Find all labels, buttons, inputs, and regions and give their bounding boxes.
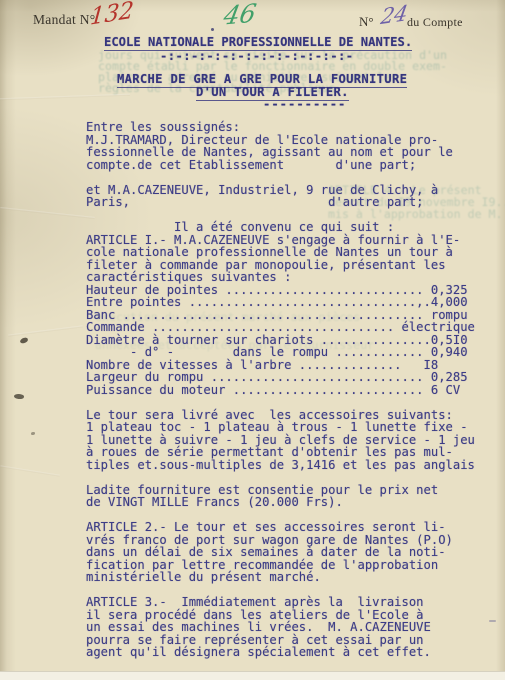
lot-number-handwritten: 46: [221, 0, 258, 31]
document-line: ARTICLE 3.- Immédiatement après la livra…: [86, 596, 486, 609]
ink-speck: [14, 393, 25, 399]
document-line: de VINGT MILLE Francs (20.000 Frs).: [86, 496, 486, 509]
ink-speck: [489, 620, 496, 622]
document-line: Paris, d'autre part;: [86, 196, 486, 209]
document-line: 1 plateau toc - 1 plateau à trous - 1 lu…: [86, 421, 486, 434]
paper-crease: [0, 94, 130, 101]
document-line: compte.de cet Etablissement d'une part;: [86, 159, 486, 172]
document-line: ministérielle du présent marché.: [86, 571, 486, 584]
ink-speck: [19, 337, 28, 344]
document-line: un essai des machines li vrées. M. A.CAZ…: [86, 621, 486, 634]
document-line: [86, 396, 486, 409]
document-line: - d° - dans le rompu ............ 0,940: [86, 346, 486, 359]
document-line: à roues de série permettant d'obtenir le…: [86, 446, 486, 459]
paper-crease: [0, 465, 60, 476]
document-line: caractéristiques suivantes :: [86, 271, 486, 284]
document-line: ARTICLE 2.- Le tour et ses accessoires s…: [86, 521, 486, 534]
paper-crease: [0, 207, 95, 219]
mandat-label: Mandat N°: [33, 12, 95, 28]
compte-label-prefix: N°: [359, 14, 374, 30]
mandat-number-handwritten: 132: [89, 0, 135, 31]
compte-label-suffix: du Compte: [407, 15, 463, 30]
compte-number-handwritten: 24: [379, 1, 410, 30]
document-line: cole nationale professionnelle de Nantes…: [86, 246, 486, 259]
school-title: ECOLE NATIONALE PROFESSIONNELLE DE NANTE…: [104, 35, 412, 49]
bottom-edge: [0, 671, 505, 680]
document-line: Commande ...............................…: [86, 321, 486, 334]
document-line: fessionnelle de Nantes, agissant au nom …: [86, 146, 486, 159]
document-line: agent qu'il désignera spécialement à cet…: [86, 646, 486, 659]
title-separator: -:-:-:-:-:-:-:-:-:-:-:-:-: [160, 49, 353, 63]
document-page: jours qui suivent sa visite sur la préca…: [0, 0, 505, 680]
document-line: tiples et.sous-multiples de 3,1416 et le…: [86, 459, 486, 472]
paper-crease: [8, 325, 83, 336]
document-line: Puissance du moteur ....................…: [86, 384, 486, 397]
contract-title-line1: MARCHE DE GRE A GRE POUR LA FOURNITURE: [117, 72, 407, 86]
ink-speck: [31, 432, 35, 435]
document-line: Entre les soussignés:: [86, 121, 486, 134]
document-line: Largeur du rompu .......................…: [86, 371, 486, 384]
ink-speck: [211, 28, 214, 31]
document-line: [86, 171, 486, 184]
document-line: [86, 471, 486, 484]
document-line: dans un délai de six semaines à dater de…: [86, 546, 486, 559]
document-body: Entre les soussignés:M.J.TRAMARD, Direct…: [86, 121, 486, 659]
document-line: Entre pointes ..........................…: [86, 296, 486, 309]
document-line: Il a été convenu ce qui suit :: [86, 221, 486, 234]
contract-title-separator: ----------: [263, 97, 346, 111]
